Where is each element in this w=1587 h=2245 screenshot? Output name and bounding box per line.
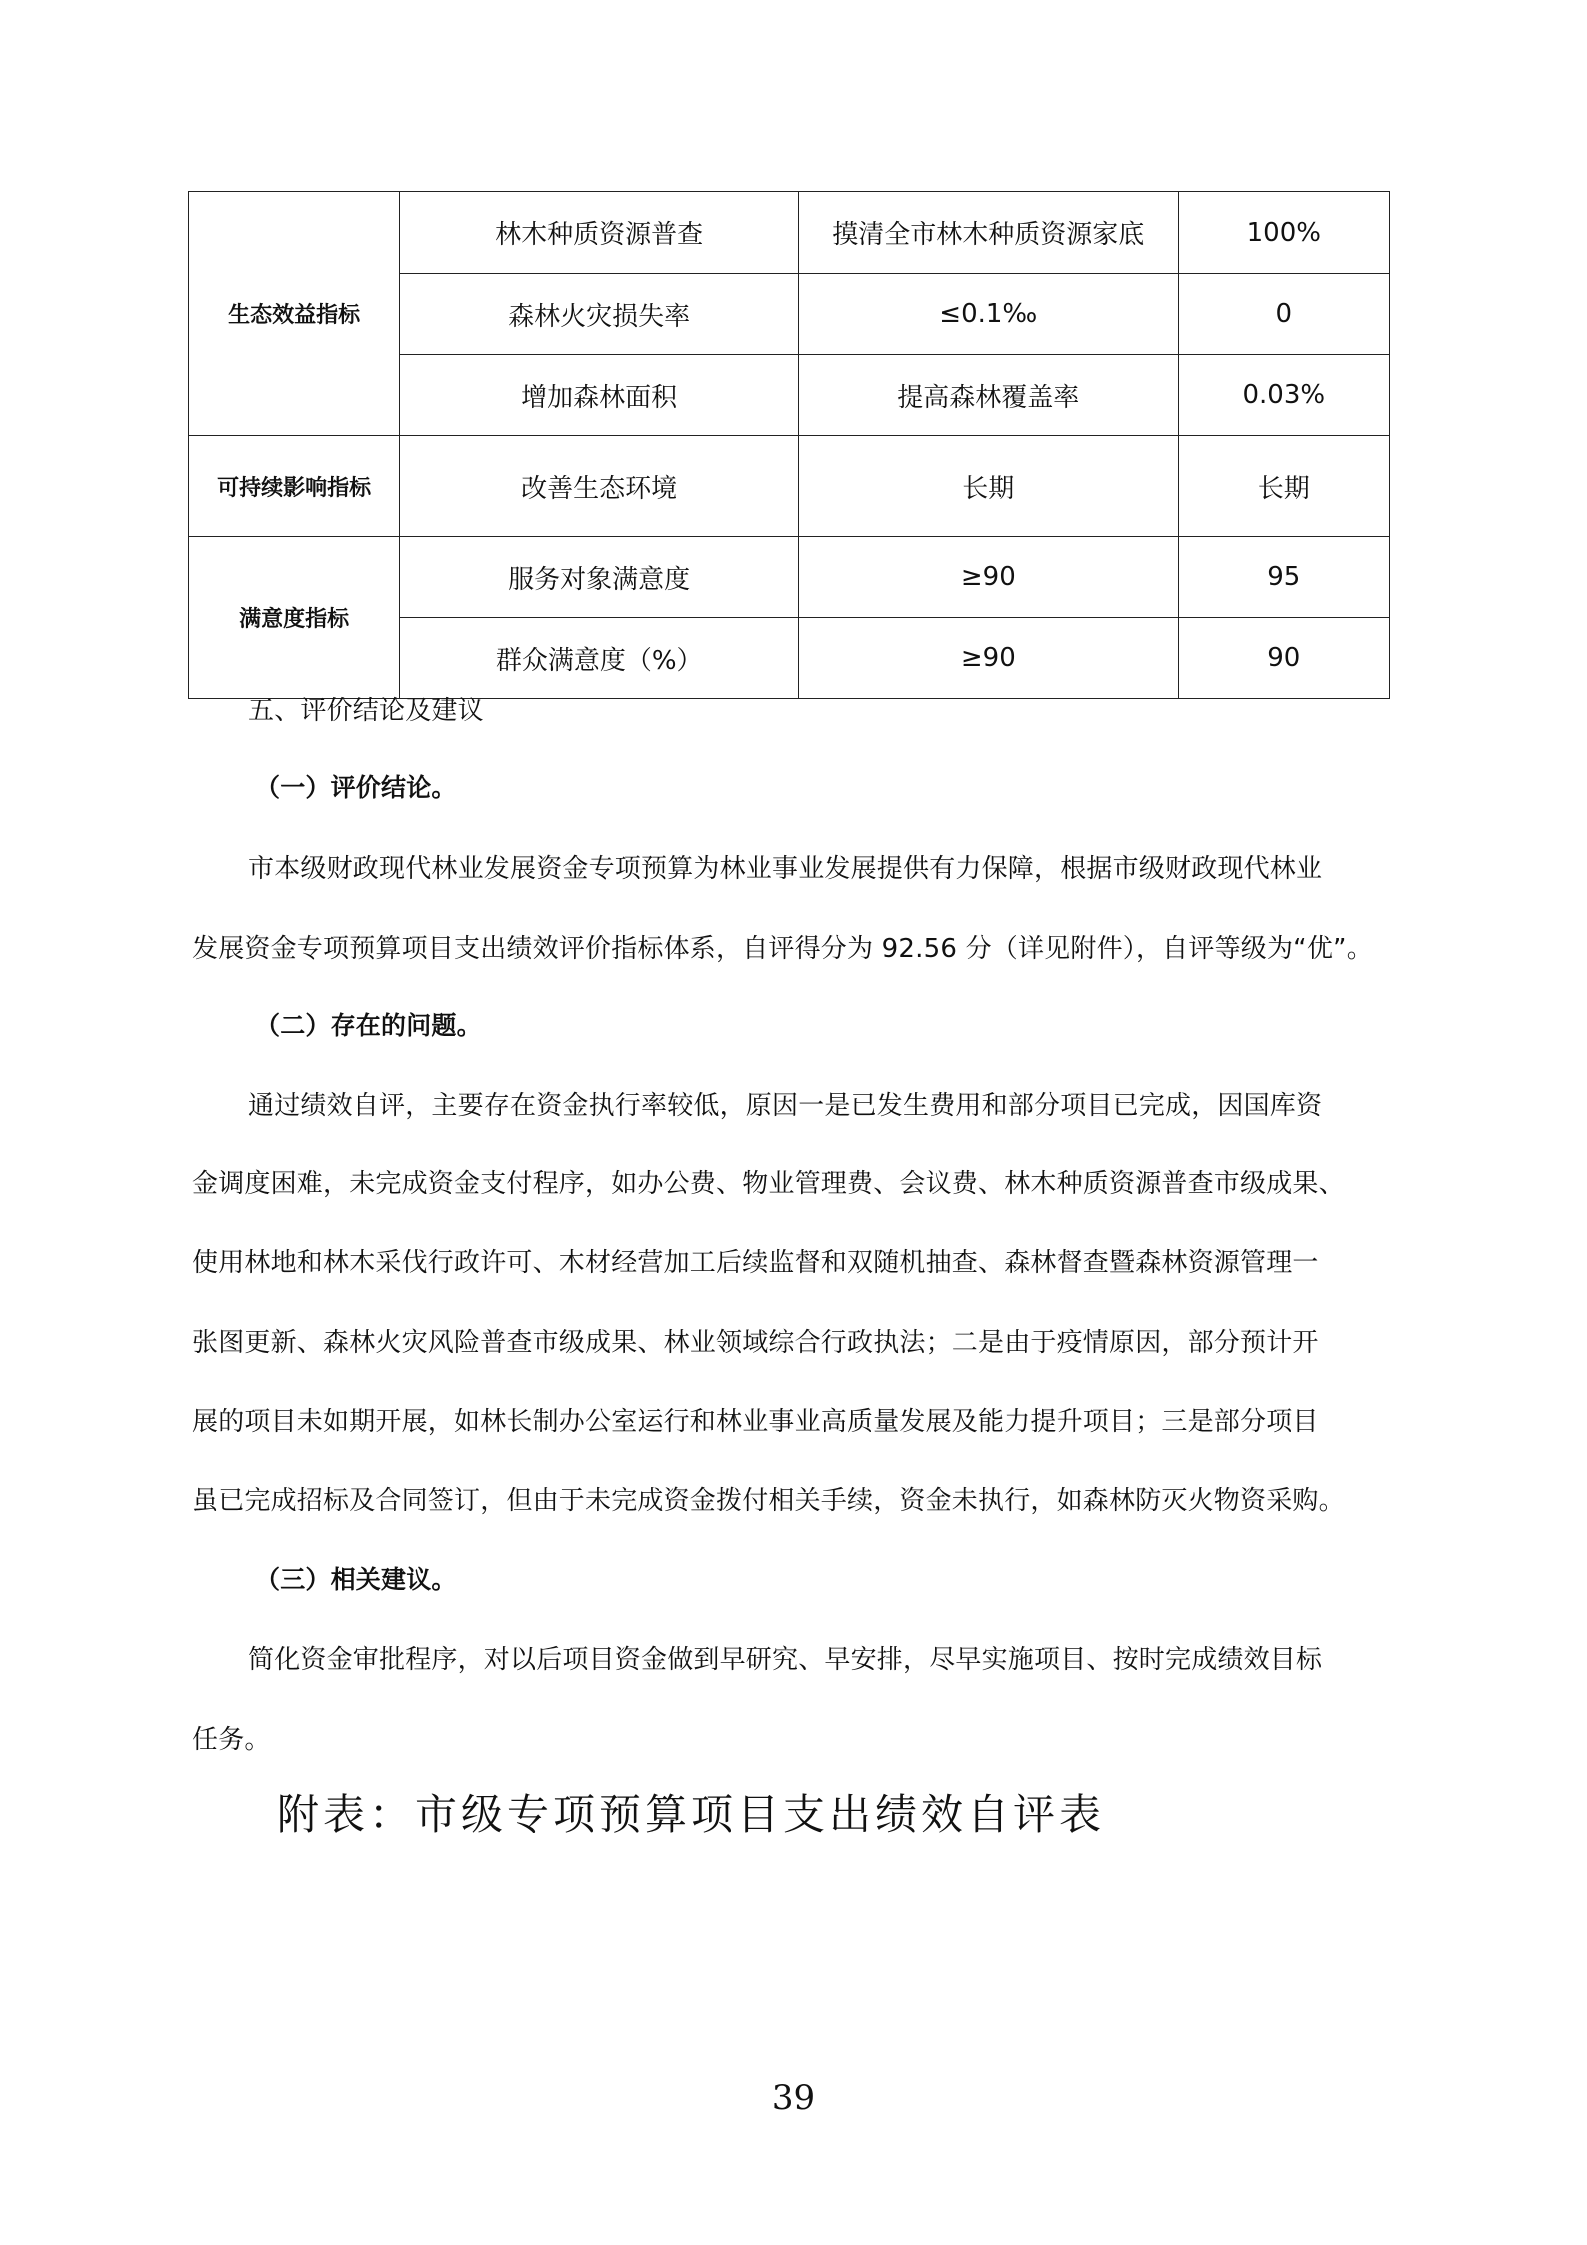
paragraph-line: 市本级财政现代林业发展资金专项预算为林业事业发展提供有力保障，根据市级财政现代林… (248, 848, 1410, 885)
target-cell: 提高森林覆盖率 (799, 355, 1179, 436)
category-cell: 满意度指标 (189, 537, 400, 699)
paragraph-line: 虽已完成招标及合同签订，但由于未完成资金拨付相关手续，资金未执行，如森林防灭火物… (192, 1480, 1410, 1517)
table-row: 可持续影响指标 改善生态环境 长期 长期 (189, 436, 1390, 537)
actual-cell: 0.03% (1178, 355, 1389, 436)
indicator-cell: 服务对象满意度 (400, 537, 799, 618)
subsection-heading-suggestions: （三）相关建议。 (255, 1560, 1473, 1596)
indicator-cell: 群众满意度（%） (400, 618, 799, 699)
paragraph-line: 任务。 (192, 1719, 1410, 1756)
actual-cell: 长期 (1178, 436, 1389, 537)
subsection-heading-conclusion: （一）评价结论。 (255, 768, 1473, 804)
actual-cell: 90 (1178, 618, 1389, 699)
paragraph-line: 使用林地和林木采伐行政许可、木材经营加工后续监督和双随机抽查、森林督查暨森林资源… (192, 1242, 1410, 1279)
section-heading: 五、评价结论及建议 (248, 690, 1410, 727)
paragraph-line: 展的项目未如期开展，如林长制办公室运行和林业事业高质量发展及能力提升项目；三是部… (192, 1401, 1410, 1438)
indicator-cell: 增加森林面积 (400, 355, 799, 436)
actual-cell: 95 (1178, 537, 1389, 618)
indicator-table: 生态效益指标 林木种质资源普查 摸清全市林木种质资源家底 100% 森林火灾损失… (188, 191, 1390, 699)
target-cell: 长期 (799, 436, 1179, 537)
actual-cell: 100% (1178, 192, 1389, 274)
category-cell: 可持续影响指标 (189, 436, 400, 537)
target-cell: ≤0.1‰ (799, 274, 1179, 355)
paragraph-line: 发展资金专项预算项目支出绩效评价指标体系，自评得分为 92.56 分（详见附件）… (192, 928, 1410, 965)
subsection-heading-problems: （二）存在的问题。 (255, 1006, 1473, 1042)
indicator-cell: 改善生态环境 (400, 436, 799, 537)
paragraph-line: 简化资金审批程序，对以后项目资金做到早研究、早安排，尽早实施项目、按时完成绩效目… (248, 1639, 1410, 1676)
paragraph-line: 金调度困难，未完成资金支付程序，如办公费、物业管理费、会议费、林木种质资源普查市… (192, 1163, 1410, 1200)
target-cell: ≥90 (799, 537, 1179, 618)
category-cell: 生态效益指标 (189, 192, 400, 436)
target-cell: ≥90 (799, 618, 1179, 699)
annex-title: 附表：市级专项预算项目支出绩效自评表 (277, 1782, 1105, 1842)
table-row: 生态效益指标 林木种质资源普查 摸清全市林木种质资源家底 100% (189, 192, 1390, 274)
target-cell: 摸清全市林木种质资源家底 (799, 192, 1179, 274)
paragraph-line: 通过绩效自评，主要存在资金执行率较低，原因一是已发生费用和部分项目已完成，因国库… (248, 1085, 1410, 1122)
page-number: 39 (0, 2078, 1587, 2118)
actual-cell: 0 (1178, 274, 1389, 355)
paragraph-line: 张图更新、森林火灾风险普查市级成果、林业领域综合行政执法；二是由于疫情原因，部分… (192, 1322, 1410, 1359)
indicator-cell: 林木种质资源普查 (400, 192, 799, 274)
table-row: 满意度指标 服务对象满意度 ≥90 95 (189, 537, 1390, 618)
indicator-cell: 森林火灾损失率 (400, 274, 799, 355)
